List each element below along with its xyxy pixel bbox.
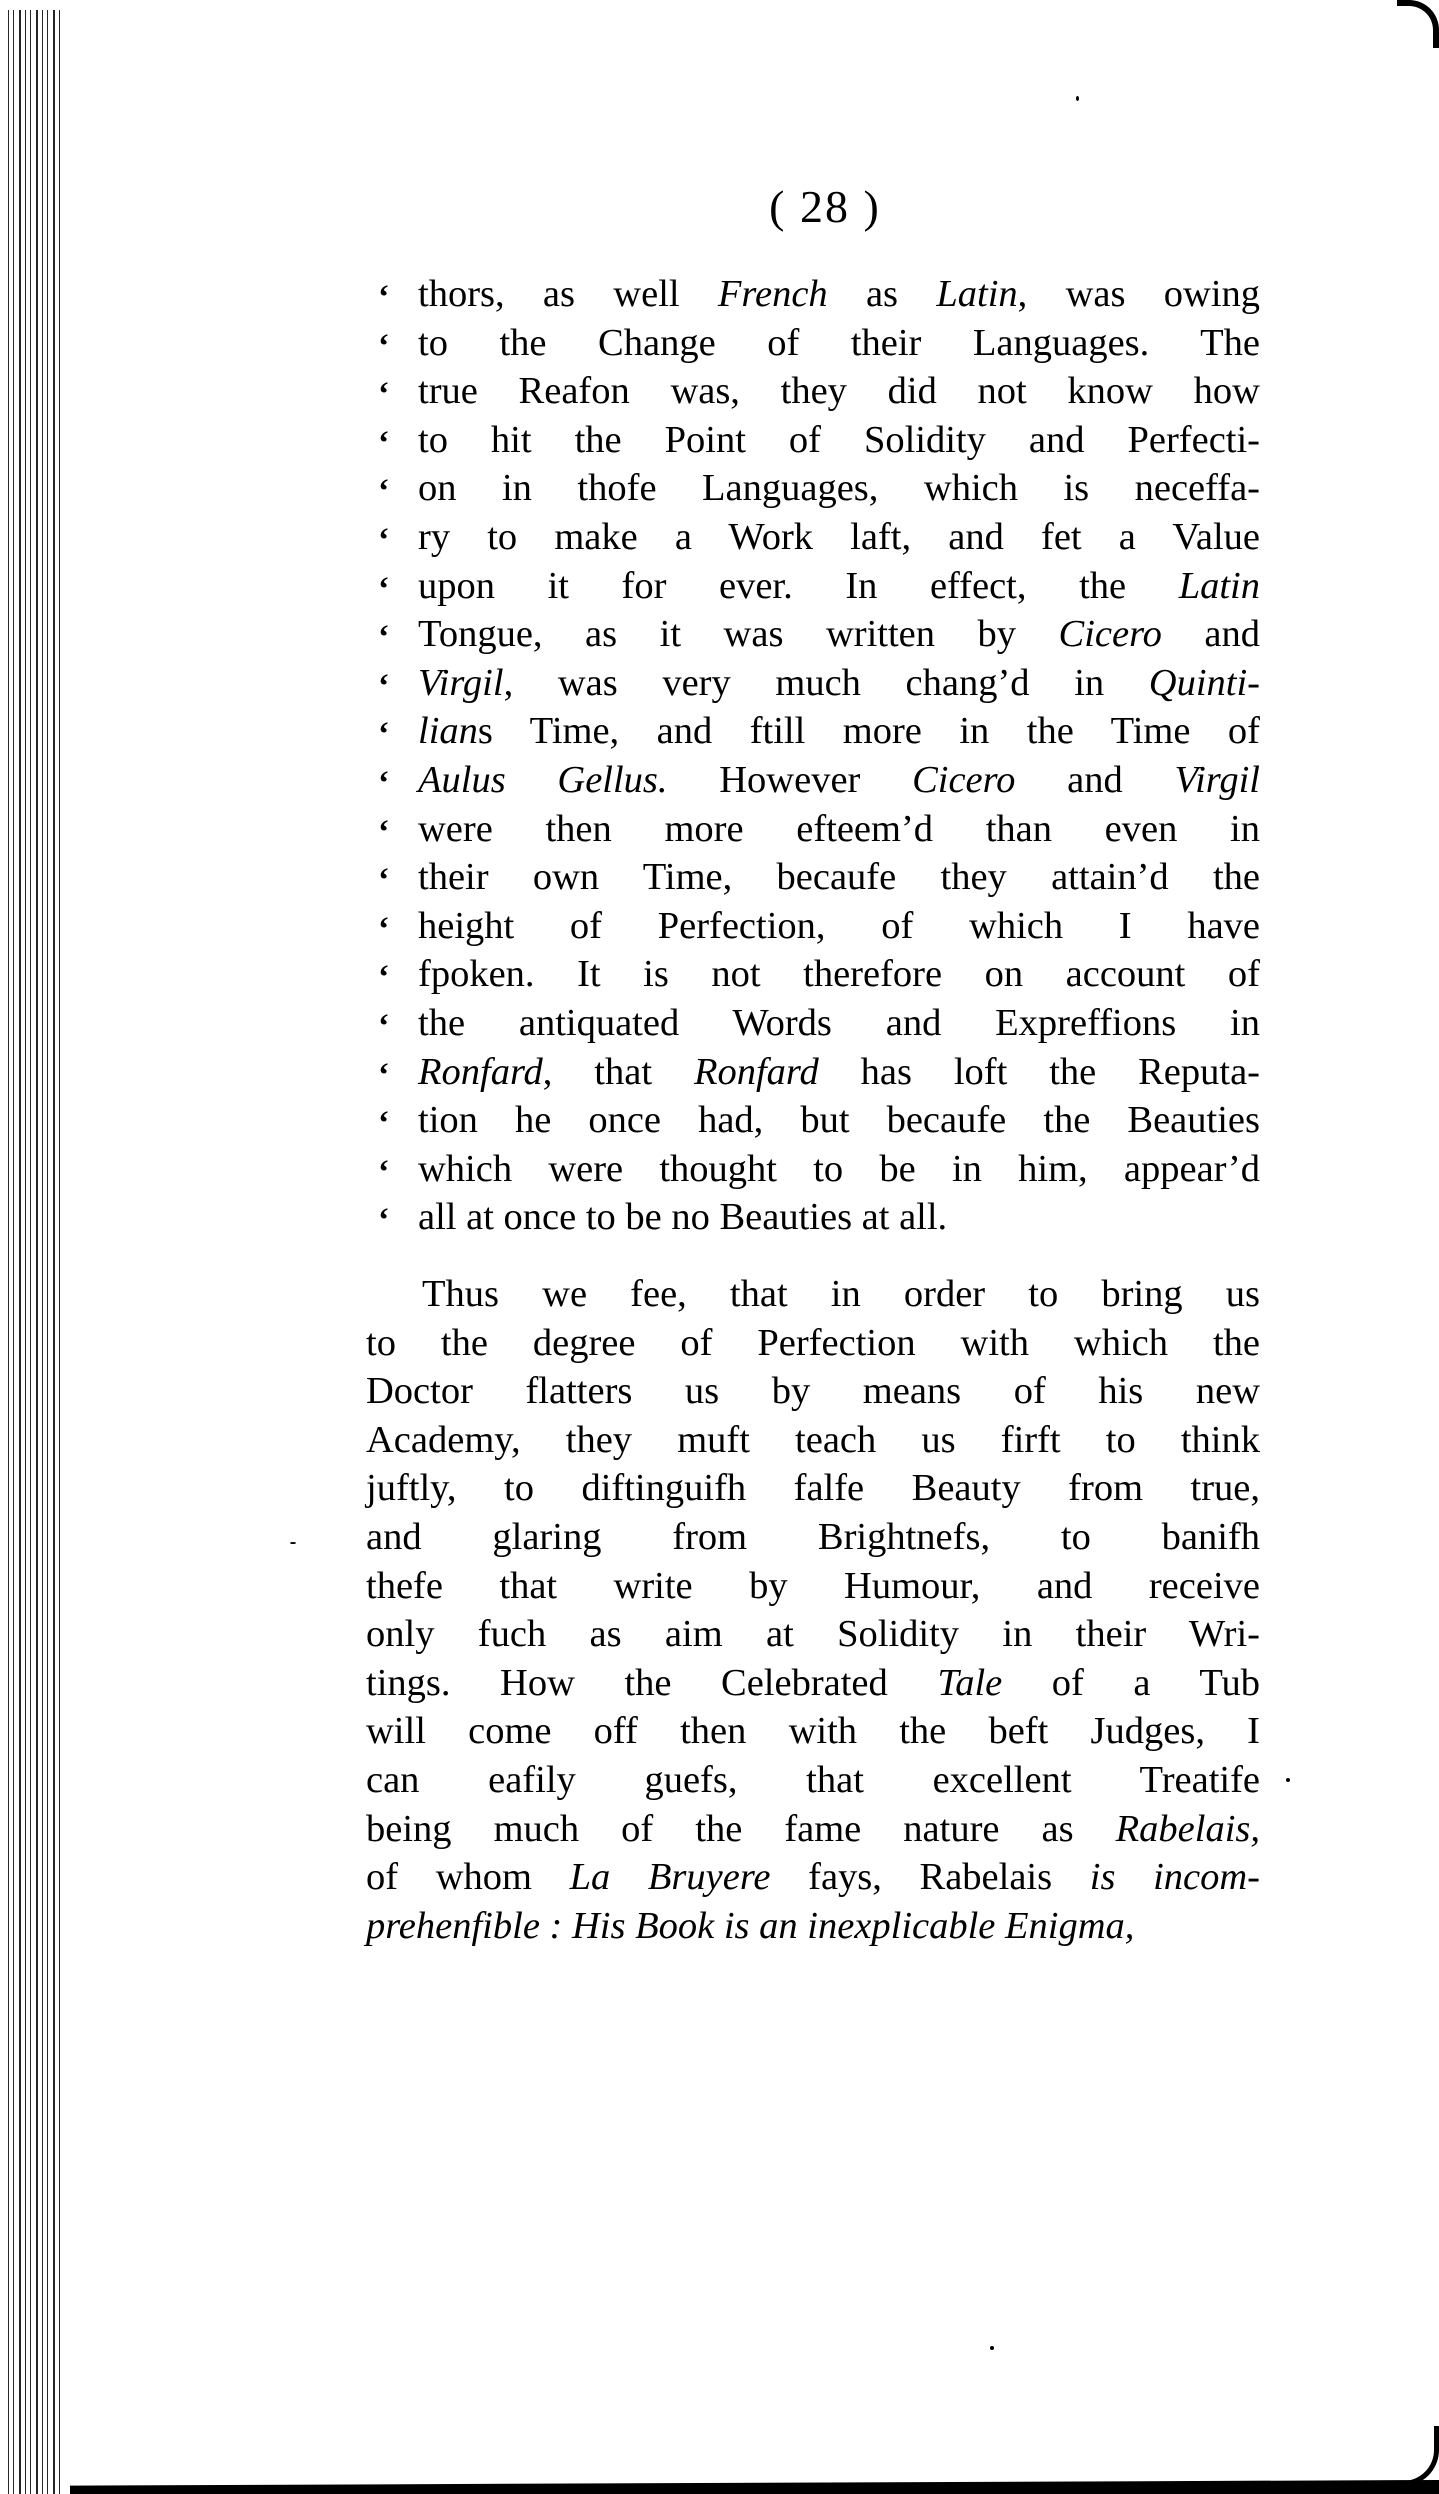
quote-mark: ‘: [378, 760, 402, 809]
italic-text: prehenfible : His Book is an inexplicabl…: [366, 1905, 1134, 1947]
quote-mark: ‘: [378, 468, 402, 517]
text-line: their own Time, becaufe they attain’d th…: [418, 853, 1260, 902]
text-run: thors, as well: [418, 273, 718, 315]
text-line: fpoken. It is not therefore on account o…: [418, 950, 1260, 999]
text-run: thefe that write by Humour, and receive: [366, 1565, 1260, 1607]
text-run: fays, Rabelais: [770, 1856, 1089, 1898]
text-run: has loft the Reputa-: [819, 1051, 1260, 1093]
text-run: height of Perfection, of which I have: [418, 905, 1260, 947]
text-line: thors, as well French as Latin, was owin…: [418, 270, 1260, 319]
quote-mark: ‘: [378, 517, 402, 566]
italic-text: Cicero: [912, 759, 1015, 801]
text-run: and glaring from Brightnefs, to banifh: [366, 1516, 1260, 1558]
italic-text: Ronfard: [418, 1051, 543, 1093]
text-run: to the degree of Perfection with which t…: [366, 1322, 1260, 1364]
text-run: Tongue, as it was written by: [418, 613, 1059, 655]
text-run: all at once to be no Beauties at all.: [418, 1196, 947, 1238]
text-run: , was owing: [1018, 273, 1260, 315]
text-run: of a Tub: [1002, 1662, 1260, 1704]
text-line: Aulus Gellus. However Cicero and Virgil: [418, 756, 1260, 805]
text-line: true Reafon was, they did not know how: [418, 367, 1260, 416]
quote-mark: ‘: [378, 1149, 402, 1198]
text-run: , that: [543, 1051, 694, 1093]
quote-mark: ‘: [378, 1003, 402, 1052]
text-run: to the Change of their Languages. The: [418, 322, 1260, 364]
quote-mark: ‘: [378, 809, 402, 858]
page-corner-bottom-right: [1399, 2426, 1439, 2486]
print-speck: [990, 2346, 994, 2350]
italic-text: French: [718, 273, 828, 315]
text-run: fpoken. It is not therefore on account o…: [418, 953, 1260, 995]
text-run: Thus we fee, that in order to bring us: [422, 1273, 1260, 1315]
quote-mark: ‘: [378, 323, 402, 372]
text-line: to the Change of their Languages. The: [418, 319, 1260, 368]
text-line: lians Time, and ftill more in the Time o…: [418, 707, 1260, 756]
text-line: all at once to be no Beauties at all.: [418, 1193, 1260, 1242]
text-line: were then more efteem’d than even in: [418, 805, 1260, 854]
text-line: only fuch as aim at Solidity in their Wr…: [366, 1610, 1260, 1659]
quote-mark: ‘: [378, 614, 402, 663]
text-run: ry to make a Work laft, and fet a Value: [418, 516, 1260, 558]
text-line: Tongue, as it was written by Cicero and: [418, 610, 1260, 659]
text-line: tings. How the Celebrated Tale of a Tub: [366, 1659, 1260, 1708]
quote-mark: ‘: [378, 1052, 402, 1101]
quoted-paragraph: thors, as well French as Latin, was owin…: [418, 270, 1260, 1242]
page-number: ( 28 ): [745, 180, 905, 233]
text-line: which were thought to be in him, appear’…: [418, 1145, 1260, 1194]
text-line: juftly, to diftinguifh falfe Beauty from…: [366, 1464, 1260, 1513]
italic-text: Ronfard: [694, 1051, 819, 1093]
text-line: will come off then with the beft Judges,…: [366, 1707, 1260, 1756]
text-run: s Time, and ftill more in the Time of: [478, 710, 1260, 752]
text-run: juftly, to diftinguifh falfe Beauty from…: [366, 1467, 1260, 1509]
quote-mark: ‘: [378, 566, 402, 615]
text-run: upon it for ever. In effect, the: [418, 565, 1179, 607]
text-run: which were thought to be in him, appear’…: [418, 1148, 1260, 1190]
text-run: and: [1015, 759, 1174, 801]
print-speck: [1076, 96, 1079, 101]
text-run: only fuch as aim at Solidity in their Wr…: [366, 1613, 1260, 1655]
italic-text: Aulus Gellus.: [418, 759, 668, 801]
italic-text: Tale: [937, 1662, 1002, 1704]
quote-mark: ‘: [378, 371, 402, 420]
italic-text: is incom-: [1090, 1856, 1260, 1898]
quote-mark: ‘: [378, 857, 402, 906]
italic-text: Rabelais,: [1116, 1808, 1260, 1850]
book-binding-edge: [8, 10, 60, 2494]
text-run: to hit the Point of Solidity and Perfect…: [418, 419, 1260, 461]
text-run: were then more efteem’d than even in: [418, 808, 1260, 850]
text-run: of whom: [366, 1856, 570, 1898]
text-line: upon it for ever. In effect, the Latin: [418, 562, 1260, 611]
page-bottom-edge: [70, 2480, 1439, 2494]
text-line: of whom La Bruyere fays, Rabelais is inc…: [366, 1853, 1260, 1902]
quote-mark: ‘: [378, 663, 402, 712]
italic-text: Latin: [1179, 565, 1260, 607]
print-speck: [290, 1542, 296, 1544]
text-line: thefe that write by Humour, and receive: [366, 1562, 1260, 1611]
italic-text: lian: [418, 710, 478, 752]
text-line: being much of the fame nature as Rabelai…: [366, 1805, 1260, 1854]
text-run: tion he once had, but becaufe the Beauti…: [418, 1099, 1260, 1141]
quote-mark: ‘: [378, 954, 402, 1003]
quote-mark: ‘: [378, 274, 402, 323]
text-line: can eafily guefs, that excellent Treatif…: [366, 1756, 1260, 1805]
text-run: as: [828, 273, 937, 315]
text-line: tion he once had, but becaufe the Beauti…: [418, 1096, 1260, 1145]
italic-text: Virgil: [1174, 759, 1260, 801]
text-line: to hit the Point of Solidity and Perfect…: [418, 416, 1260, 465]
text-line: height of Perfection, of which I have: [418, 902, 1260, 951]
text-run: tings. How the Celebrated: [366, 1662, 937, 1704]
text-run: being much of the fame nature as: [366, 1808, 1116, 1850]
text-line: prehenfible : His Book is an inexplicabl…: [366, 1902, 1260, 1951]
italic-text: Virgil: [418, 662, 504, 704]
text-run: Doctor flatters us by means of his new: [366, 1370, 1260, 1412]
quote-mark: ‘: [378, 906, 402, 955]
italic-text: Cicero: [1059, 613, 1162, 655]
page-corner-top-right: [1397, 0, 1439, 48]
italic-text: La Bruyere: [570, 1856, 771, 1898]
quote-mark: ‘: [378, 711, 402, 760]
italic-text: Quinti-: [1149, 662, 1260, 704]
text-run: on in thofe Languages, which is neceffa-: [418, 467, 1260, 509]
quote-mark: ‘: [378, 1100, 402, 1149]
text-run: can eafily guefs, that excellent Treatif…: [366, 1759, 1260, 1801]
text-line: to the degree of Perfection with which t…: [366, 1319, 1260, 1368]
text-run: , was very much chang’d in: [504, 662, 1149, 704]
italic-text: Latin: [936, 273, 1017, 315]
text-line: Ronfard, that Ronfard has loft the Reput…: [418, 1048, 1260, 1097]
text-run: will come off then with the beft Judges,…: [366, 1710, 1260, 1752]
text-run: true Reafon was, they did not know how: [418, 370, 1260, 412]
text-run: and: [1162, 613, 1260, 655]
print-speck: [1286, 1778, 1290, 1782]
text-run: However: [668, 759, 913, 801]
text-line: the antiquated Words and Expreffions in: [418, 999, 1260, 1048]
text-run: Academy, they muft teach us firft to thi…: [366, 1419, 1260, 1461]
text-line: ry to make a Work laft, and fet a Value: [418, 513, 1260, 562]
text-run: the antiquated Words and Expreffions in: [418, 1002, 1260, 1044]
quote-mark: ‘: [378, 420, 402, 469]
text-line: on in thofe Languages, which is neceffa-: [418, 464, 1260, 513]
quote-mark: ‘: [378, 1197, 402, 1246]
text-run: their own Time, becaufe they attain’d th…: [418, 856, 1260, 898]
text-line: Doctor flatters us by means of his new: [366, 1367, 1260, 1416]
quotation-marks-column: ‘‘‘‘‘‘‘‘‘‘‘‘‘‘‘‘‘‘‘‘: [378, 274, 402, 1246]
text-line: Virgil, was very much chang’d in Quinti-: [418, 659, 1260, 708]
text-line: Academy, they muft teach us firft to thi…: [366, 1416, 1260, 1465]
body-paragraph: Thus we fee, that in order to bring usto…: [366, 1270, 1260, 1950]
text-line: Thus we fee, that in order to bring us: [366, 1270, 1260, 1319]
text-line: and glaring from Brightnefs, to banifh: [366, 1513, 1260, 1562]
